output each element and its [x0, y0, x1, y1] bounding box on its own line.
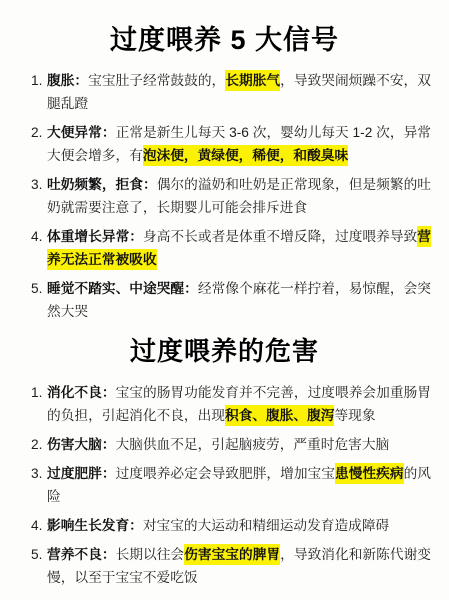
text-segment: 过度喂养必定会导致肥胖，增加宝宝 [116, 466, 335, 481]
text-segment: 影响生长发育： [47, 518, 143, 533]
text-segment: 对宝宝的大运动和精细运动发育造成障碍 [143, 518, 389, 533]
text-segment: 吐奶频繁，拒食： [47, 177, 157, 192]
text-segment: 身高不长或者是体重不增反降，过度喂养导致 [143, 229, 417, 244]
item-text: 伤害大脑：大脑供血不足，引起脑疲劳，严重时危害大脑 [47, 433, 389, 456]
item-text: 大便异常：正常是新生儿每天 3-6 次，婴幼儿每天 1-2 次，异常大便会增多，… [47, 121, 431, 167]
list-item: 1.消化不良：宝宝的肠胃功能发育并不完善，过度喂养会加重肠胃的负担，引起消化不良… [31, 381, 433, 427]
section2-title: 过度喂养的危害 [0, 336, 449, 367]
item-text: 体重增长异常：身高不长或者是体重不增反降，过度喂养导致营养无法正常被吸收 [47, 225, 431, 271]
item-number: 1. [31, 381, 47, 404]
list-item: 5.营养不良：长期以往会伤害宝宝的脾胃，导致消化和新陈代谢变慢，以至于宝宝不爱吃… [31, 543, 433, 589]
text-segment: 长期以往会 [116, 547, 185, 562]
text-segment: 营养不良： [47, 547, 116, 562]
item-number: 5. [31, 543, 47, 566]
highlighted-text: 患慢性疾病 [335, 463, 404, 484]
highlighted-text: 伤害宝宝的脾胃 [184, 544, 280, 565]
item-number: 3. [31, 462, 47, 485]
section1-list: 1.腹胀：宝宝肚子经常鼓鼓的，长期胀气，导致哭闹烦躁不安，双腿乱蹬2.大便异常：… [0, 69, 449, 323]
document-page: 过度喂养 5 大信号 1.腹胀：宝宝肚子经常鼓鼓的，长期胀气，导致哭闹烦躁不安，… [0, 0, 449, 600]
section2-list: 1.消化不良：宝宝的肠胃功能发育并不完善，过度喂养会加重肠胃的负担，引起消化不良… [0, 381, 449, 589]
item-number: 4. [31, 514, 47, 537]
item-number: 2. [31, 121, 47, 144]
text-segment: 体重增长异常： [47, 229, 143, 244]
item-number: 1. [31, 69, 47, 92]
list-item: 4.体重增长异常：身高不长或者是体重不增反降，过度喂养导致营养无法正常被吸收 [31, 225, 433, 271]
item-text: 营养不良：长期以往会伤害宝宝的脾胃，导致消化和新陈代谢变慢，以至于宝宝不爱吃饭 [47, 543, 431, 589]
section1-title: 过度喂养 5 大信号 [0, 24, 449, 56]
item-text: 吐奶频繁，拒食：偶尔的溢奶和吐奶是正常现象，但是频繁的吐奶就需要注意了，长期婴儿… [47, 173, 431, 219]
item-number: 3. [31, 173, 47, 196]
list-item: 2.大便异常：正常是新生儿每天 3-6 次，婴幼儿每天 1-2 次，异常大便会增… [31, 121, 433, 167]
item-text: 腹胀：宝宝肚子经常鼓鼓的，长期胀气，导致哭闹烦躁不安，双腿乱蹬 [47, 69, 431, 115]
item-text: 影响生长发育：对宝宝的大运动和精细运动发育造成障碍 [47, 514, 389, 537]
text-segment: 过度肥胖： [47, 466, 116, 481]
list-item: 4.影响生长发育：对宝宝的大运动和精细运动发育造成障碍 [31, 514, 433, 537]
highlighted-text: 泡沫便，黄绿便，稀便，和酸臭味 [143, 145, 348, 166]
list-item: 5.睡觉不踏实、中途哭醒：经常像个麻花一样拧着，易惊醒，会突然大哭 [31, 277, 433, 323]
item-text: 消化不良：宝宝的肠胃功能发育并不完善，过度喂养会加重肠胃的负担，引起消化不良，出… [47, 381, 431, 427]
text-segment: 腹胀： [47, 73, 88, 88]
item-number: 2. [31, 433, 47, 456]
text-segment: 等现象 [334, 408, 375, 423]
list-item: 1.腹胀：宝宝肚子经常鼓鼓的，长期胀气，导致哭闹烦躁不安，双腿乱蹬 [31, 69, 433, 115]
item-text: 睡觉不踏实、中途哭醒：经常像个麻花一样拧着，易惊醒，会突然大哭 [47, 277, 431, 323]
item-text: 过度肥胖：过度喂养必定会导致肥胖，增加宝宝患慢性疾病的风险 [47, 462, 431, 508]
item-number: 5. [31, 277, 47, 300]
text-segment: 大脑供血不足，引起脑疲劳，严重时危害大脑 [115, 437, 389, 452]
highlighted-text: 积食、腹胀、腹泻 [225, 405, 335, 426]
list-item: 2.伤害大脑：大脑供血不足，引起脑疲劳，严重时危害大脑 [31, 433, 433, 456]
highlighted-text: 长期胀气 [225, 70, 280, 91]
list-item: 3.吐奶频繁，拒食：偶尔的溢奶和吐奶是正常现象，但是频繁的吐奶就需要注意了，长期… [31, 173, 433, 219]
text-segment: 消化不良： [47, 385, 116, 400]
text-segment: 宝宝肚子经常鼓鼓的， [88, 73, 225, 88]
text-segment: 睡觉不踏实、中途哭醒： [47, 281, 198, 296]
text-segment: 大便异常： [47, 125, 116, 140]
text-segment: 伤害大脑： [47, 437, 115, 452]
list-item: 3.过度肥胖：过度喂养必定会导致肥胖，增加宝宝患慢性疾病的风险 [31, 462, 433, 508]
item-number: 4. [31, 225, 47, 248]
